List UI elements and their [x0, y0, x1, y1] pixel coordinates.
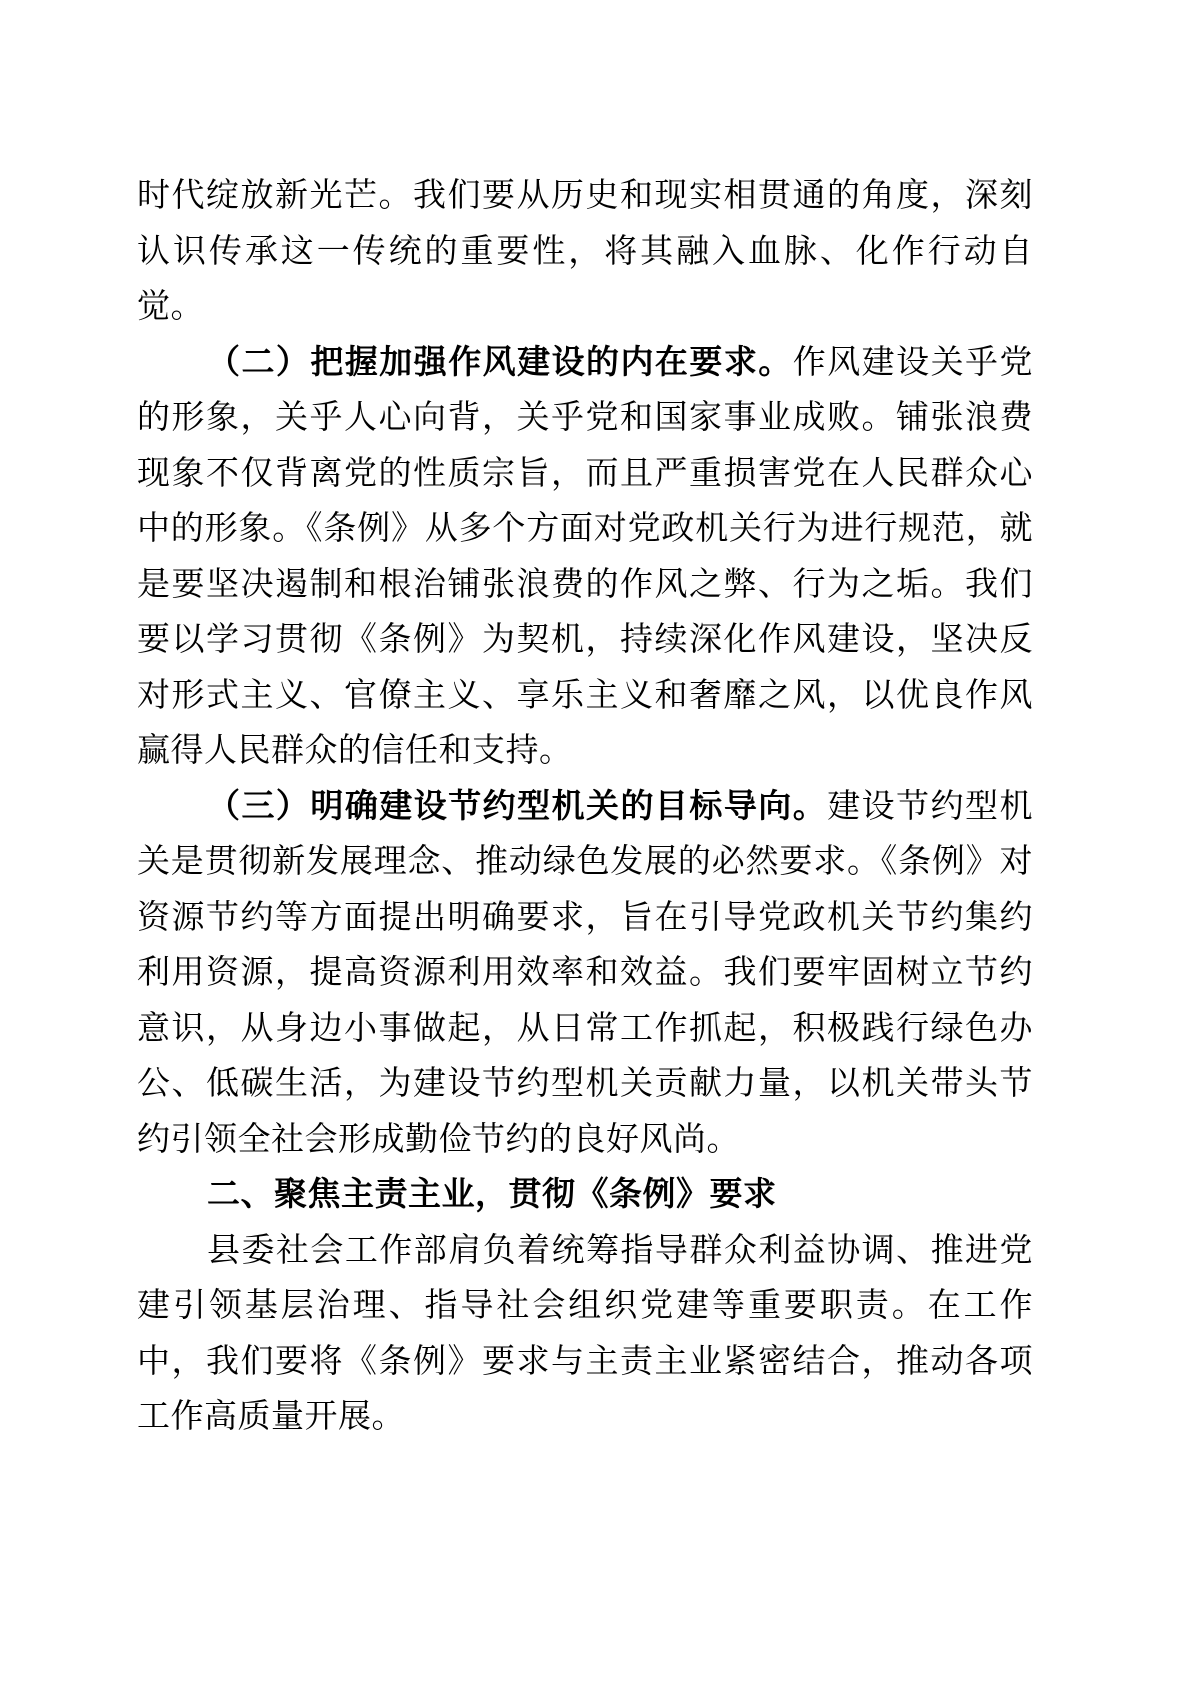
section-heading: 二、聚焦主责主业，贯彻《条例》要求 [137, 1166, 1033, 1222]
text-run: 时代绽放新光芒。我们要从历史和现实相贯通的角度，深刻认识传承这一传统的重要性，将… [137, 175, 1033, 325]
bold-text-run: 二、聚焦主责主业，贯彻《条例》要求 [207, 1174, 777, 1213]
paragraph: 县委社会工作部肩负着统筹指导群众利益协调、推进党建引领基层治理、指导社会组织党建… [137, 1222, 1033, 1444]
bold-text-run: （三）明确建设节约型机关的目标导向。 [207, 786, 827, 825]
document-body: 时代绽放新光芒。我们要从历史和现实相贯通的角度，深刻认识传承这一传统的重要性，将… [137, 167, 1033, 1444]
document-page: 时代绽放新光芒。我们要从历史和现实相贯通的角度，深刻认识传承这一传统的重要性，将… [0, 0, 1190, 1683]
bold-text-run: （二）把握加强作风建设的内在要求。 [207, 342, 793, 381]
paragraph: （三）明确建设节约型机关的目标导向。建设节约型机关是贯彻新发展理念、推动绿色发展… [137, 778, 1033, 1167]
paragraph: （二）把握加强作风建设的内在要求。作风建设关乎党的形象，关乎人心向背，关乎党和国… [137, 334, 1033, 778]
text-run: 建设节约型机关是贯彻新发展理念、推动绿色发展的必然要求。《条例》对资源节约等方面… [137, 786, 1033, 1158]
text-run: 作风建设关乎党的形象，关乎人心向背，关乎党和国家事业成败。铺张浪费现象不仅背离党… [137, 342, 1033, 770]
paragraph: 时代绽放新光芒。我们要从历史和现实相贯通的角度，深刻认识传承这一传统的重要性，将… [137, 167, 1033, 334]
text-run: 县委社会工作部肩负着统筹指导群众利益协调、推进党建引领基层治理、指导社会组织党建… [137, 1230, 1033, 1436]
